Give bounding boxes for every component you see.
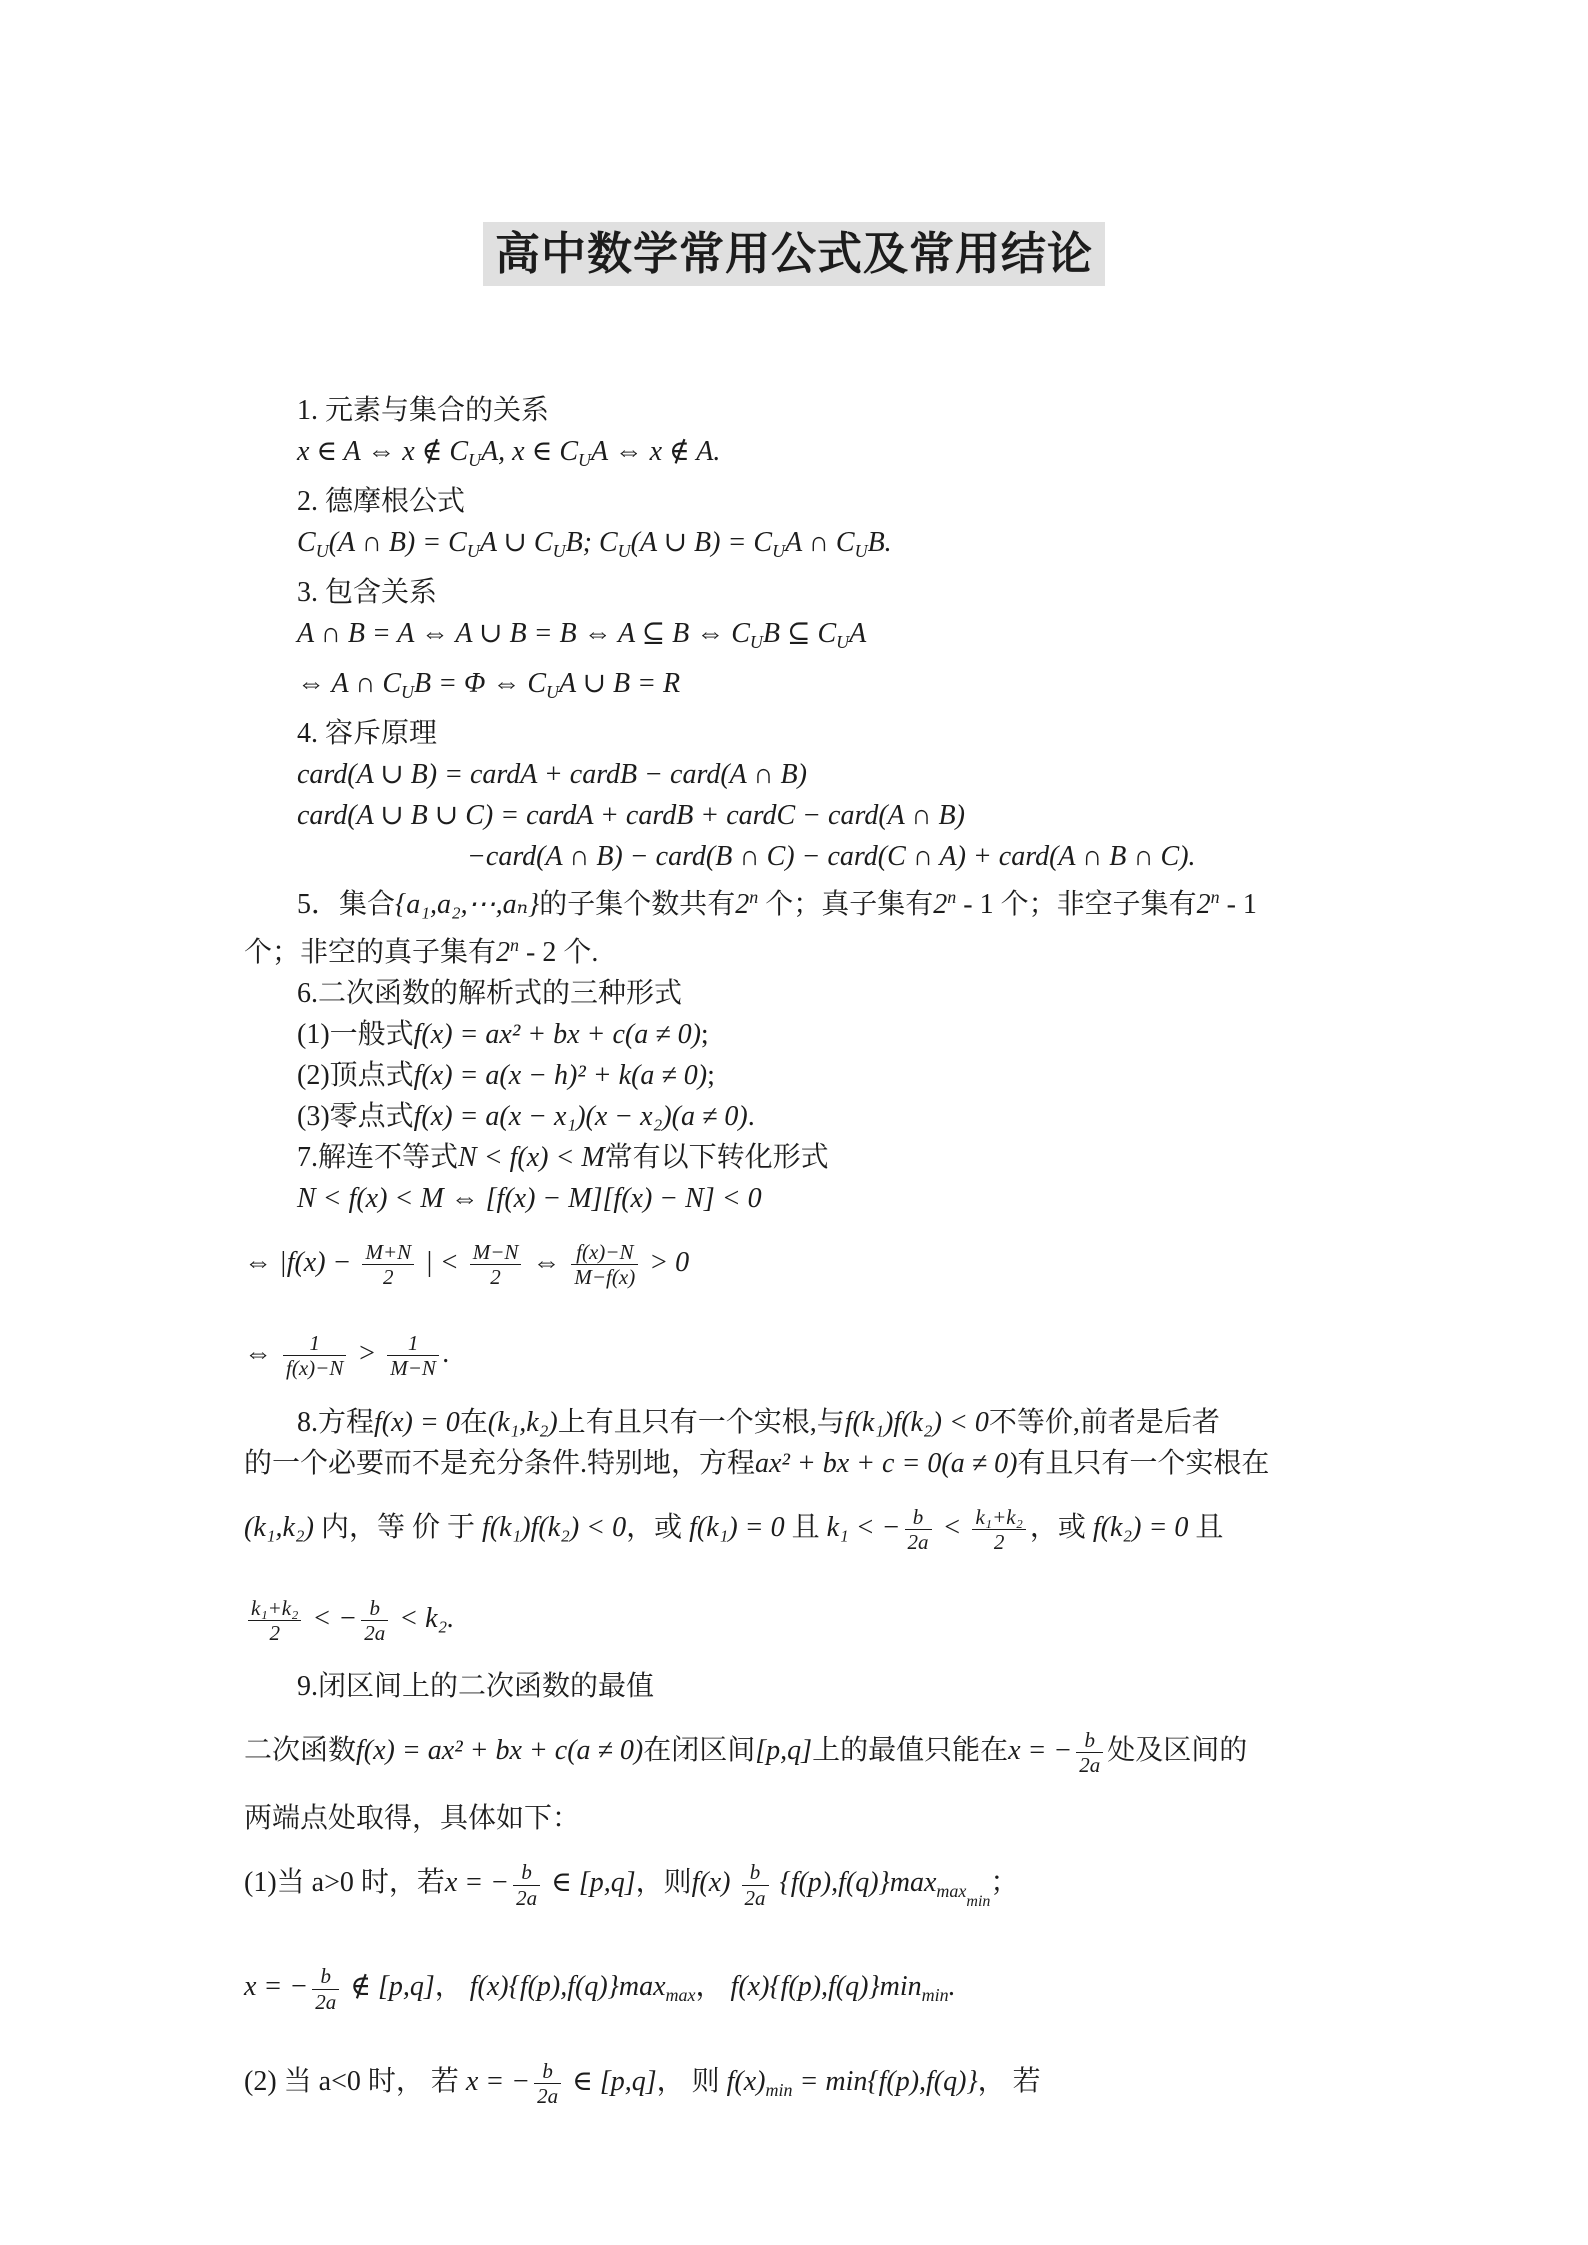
- math-text: A: [849, 618, 866, 649]
- subscript: U: [316, 541, 329, 561]
- math-text: f(k₁)f(k₂) < 0: [845, 1407, 989, 1438]
- fraction: M−N2: [470, 1240, 522, 1289]
- text: 不等价,前者是后者: [989, 1407, 1220, 1438]
- content-line: 5．集合{a₁,a₂,⋯,aₙ}的子集个数共有2n 个；真子集有2n - 1 个…: [244, 877, 1448, 925]
- content-line: 二次函数f(x) = ax² + bx + c(a ≠ 0)在闭区间[p,q]上…: [244, 1707, 1448, 1798]
- text: 1. 元素与集合的关系: [297, 395, 549, 426]
- fraction: k₁+k₂2: [972, 1505, 1025, 1554]
- content-line: ⇔ |f(x) − M+N2 | < M−N2 ⇔ f(x)−NM−f(x) >…: [244, 1219, 1448, 1310]
- content-line: (3)零点式f(x) = a(x − x₁)(x − x₂)(a ≠ 0).: [244, 1096, 1448, 1137]
- text: 两端点处取得，具体如下：: [244, 1803, 580, 1834]
- text: 且: [785, 1512, 827, 1543]
- math-text: ax² + bx + c = 0(a ≠ 0): [755, 1448, 1017, 1479]
- text: ；: [990, 1867, 1018, 1898]
- superscript: n: [510, 935, 519, 955]
- math-text: f(k₁)f(k₂) < 0: [482, 1512, 626, 1543]
- text: 6.二次函数的解析式的三种形式: [297, 978, 682, 1009]
- math-text: .: [949, 1972, 956, 2003]
- math-text: B ⊆ C: [763, 618, 836, 649]
- text: 4. 容斥原理: [297, 718, 437, 749]
- math-text: ⇔ |f(x) −: [244, 1247, 358, 1278]
- subscript: min: [766, 2080, 793, 2100]
- math-text: f(x): [692, 1867, 738, 1898]
- subscript: U: [836, 632, 849, 652]
- text: 处及区间的: [1107, 1735, 1247, 1766]
- math-text: x = −: [1008, 1735, 1072, 1766]
- math-text: ⇔: [244, 1338, 279, 1369]
- text: - 1 个；非空子集有: [956, 889, 1196, 920]
- text: 的子集个数共有: [539, 889, 735, 920]
- math-text: {a₁,a₂,⋯,aₙ}: [395, 889, 539, 920]
- content-line: 4. 容斥原理: [244, 713, 1448, 754]
- math-text: x ∈ A ⇔ x ∉ C: [297, 436, 468, 467]
- text: (2)顶点式: [297, 1060, 414, 1091]
- math-text: x = −: [445, 1867, 509, 1898]
- text: 在闭区间: [643, 1735, 755, 1766]
- fraction: b2a: [905, 1505, 932, 1554]
- math-text: N < f(x) < M ⇔ [f(x) − M][f(x) − N] < 0: [297, 1183, 762, 1214]
- fraction: f(x)−NM−f(x): [571, 1240, 638, 1289]
- fraction: b2a: [742, 1860, 769, 1909]
- content-line: 3. 包含关系: [244, 572, 1448, 613]
- text: .: [748, 1101, 755, 1132]
- text: ;: [701, 1019, 709, 1050]
- text: ， 则: [657, 2066, 727, 2097]
- math-text: 2: [1197, 889, 1211, 920]
- text: 内，等 价 于: [314, 1512, 482, 1543]
- text: ，则: [636, 1867, 692, 1898]
- content-line: (1)一般式f(x) = ax² + bx + c(a ≠ 0);: [244, 1014, 1448, 1055]
- math-text: 2: [933, 889, 947, 920]
- content-line: ⇔ 1f(x)−N > 1M−N.: [244, 1310, 1448, 1401]
- content-line: ⇔ A ∩ CUB = Φ ⇔ CUA ∪ B = R: [244, 663, 1448, 713]
- text: 在: [460, 1407, 488, 1438]
- subscript: min: [922, 1986, 949, 2006]
- math-text: <: [936, 1512, 969, 1543]
- content-line: 6.二次函数的解析式的三种形式: [244, 973, 1448, 1014]
- math-text: −card(A ∩ B) − card(B ∩ C) − card(C ∩ A)…: [467, 841, 1196, 872]
- math-text: ⇔ A ∩ C: [297, 668, 401, 699]
- math-text: = min{f(p),f(q)}: [793, 2066, 978, 2097]
- text: 上的最值只能在: [812, 1735, 1008, 1766]
- math-text: ∈ [p,q]: [544, 1867, 636, 1898]
- content-line: A ∩ B = A ⇔ A ∪ B = B ⇔ A ⊆ B ⇔ CUB ⊆ CU…: [244, 613, 1448, 663]
- math-text: A ∪ B = R: [559, 668, 680, 699]
- subscript: U: [618, 541, 631, 561]
- content-line: N < f(x) < M ⇔ [f(x) − M][f(x) − N] < 0: [244, 1178, 1448, 1219]
- math-text: [p,q]: [755, 1735, 812, 1766]
- math-text: < k₂.: [392, 1603, 454, 1634]
- math-text: ∉ [p,q]: [343, 1972, 435, 2003]
- text: ， 若: [978, 2066, 1041, 2097]
- math-text: (A ∩ B) = C: [329, 527, 467, 558]
- math-text: f(x) = a(x − h)² + k(a ≠ 0): [414, 1060, 707, 1091]
- math-text: f(x) = ax² + bx + c(a ≠ 0): [356, 1735, 643, 1766]
- text: ，: [696, 1972, 731, 2003]
- math-text: B; C: [566, 527, 618, 558]
- content-line: card(A ∪ B ∪ C) = cardA + cardB + cardC …: [244, 795, 1448, 836]
- subscript: max: [666, 1986, 696, 2006]
- subscript: U: [468, 450, 481, 470]
- superscript: n: [749, 887, 758, 907]
- math-text: f(x) = 0: [374, 1407, 460, 1438]
- math-text: < −: [305, 1603, 357, 1634]
- content-line: 8.方程f(x) = 0在(k₁,k₂)上有且只有一个实根,与f(k₁)f(k₂…: [244, 1402, 1448, 1443]
- math-text: A ∪ C: [480, 527, 553, 558]
- text: 上有且只有一个实根,与: [558, 1407, 845, 1438]
- math-text: x = −: [466, 2066, 530, 2097]
- text: ;: [707, 1060, 715, 1091]
- content-line: card(A ∪ B) = cardA + cardB − card(A ∩ B…: [244, 754, 1448, 795]
- fraction: b2a: [534, 2059, 561, 2108]
- text: 常有以下转化形式: [605, 1142, 829, 1173]
- math-text: A, x ∈ C: [481, 436, 578, 467]
- math-text: f(k₁) = 0: [689, 1512, 784, 1543]
- content-line: (k₁,k₂) 内，等 价 于 f(k₁)f(k₂) < 0，或 f(k₁) =…: [244, 1484, 1448, 1575]
- math-text: k₁ < −: [827, 1512, 901, 1543]
- text: ，: [435, 1972, 470, 2003]
- math-text: A ∩ C: [785, 527, 855, 558]
- math-text: .: [443, 1338, 450, 1369]
- fraction: 1M−N: [387, 1331, 439, 1380]
- math-text: A ∩ B = A ⇔ A ∪ B = B ⇔ A ⊆ B ⇔ C: [297, 618, 750, 649]
- math-text: f(x): [727, 2066, 766, 2097]
- math-text: f(x) = ax² + bx + c(a ≠ 0): [414, 1019, 701, 1050]
- subscript: U: [772, 541, 785, 561]
- fraction: b2a: [361, 1596, 388, 1645]
- text: (1)一般式: [297, 1019, 414, 1050]
- text: (1)当 a>0 时，若: [244, 1867, 445, 1898]
- content-line: x ∈ A ⇔ x ∉ CUA, x ∈ CUA ⇔ x ∉ A.: [244, 431, 1448, 481]
- content-line: −card(A ∩ B) − card(B ∩ C) − card(C ∩ A)…: [244, 836, 1448, 877]
- subscript: U: [750, 632, 763, 652]
- math-text: (A ∪ B) = C: [631, 527, 772, 558]
- subscript: U: [553, 541, 566, 561]
- math-text: (k₁,k₂): [244, 1512, 314, 1543]
- subscript: U: [467, 541, 480, 561]
- content-line: 两端点处取得，具体如下：: [244, 1798, 1448, 1839]
- text: (2) 当 a<0 时， 若: [244, 2066, 466, 2097]
- text: 7.解连不等式: [297, 1142, 458, 1173]
- text: 5．集合: [297, 889, 395, 920]
- content-line: 9.闭区间上的二次函数的最值: [244, 1666, 1448, 1707]
- fraction: k₁+k₂2: [248, 1596, 301, 1645]
- subscript: U: [401, 682, 414, 702]
- superscript: n: [1211, 887, 1220, 907]
- text: (3)零点式: [297, 1101, 414, 1132]
- content-line: 7.解连不等式N < f(x) < M常有以下转化形式: [244, 1137, 1448, 1178]
- content-line: 1. 元素与集合的关系: [244, 390, 1448, 431]
- content-line: 的一个必要而不是充分条件.特别地，方程ax² + bx + c = 0(a ≠ …: [244, 1443, 1448, 1484]
- math-text: x = −: [244, 1972, 308, 2003]
- fraction: 1f(x)−N: [283, 1331, 346, 1380]
- text: 的一个必要而不是充分条件.特别地，方程: [244, 1448, 755, 1479]
- superscript: n: [947, 887, 956, 907]
- content-line: CU(A ∩ B) = CUA ∪ CUB; CU(A ∪ B) = CUA ∩…: [244, 522, 1448, 572]
- math-text: 2: [496, 937, 510, 968]
- content-line: 个；非空的真子集有2n - 2 个.: [244, 925, 1448, 973]
- document-page: 高中数学常用公式及常用结论 1. 元素与集合的关系x ∈ A ⇔ x ∉ CUA…: [0, 0, 1588, 2245]
- math-text: f(x){f(p),f(q)}min: [731, 1972, 922, 2003]
- text: - 2 个.: [519, 937, 598, 968]
- math-text: card(A ∪ B ∪ C) = cardA + cardB + cardC …: [297, 800, 965, 831]
- math-text: ∈ [p,q]: [565, 2066, 657, 2097]
- math-text: {f(p),f(q)}max: [773, 1867, 937, 1898]
- page-title: 高中数学常用公式及常用结论: [483, 222, 1105, 286]
- content-line: k₁+k₂2 < −b2a < k₂.: [244, 1575, 1448, 1666]
- math-text: (k₁,k₂): [488, 1407, 558, 1438]
- text: 且: [1188, 1512, 1223, 1543]
- content-line: (2) 当 a<0 时， 若 x = −b2a ∈ [p,q]， 则 f(x)m…: [244, 2038, 1448, 2132]
- math-text: card(A ∪ B) = cardA + cardB − card(A ∩ B…: [297, 759, 807, 790]
- math-text: B = Φ ⇔ C: [414, 668, 546, 699]
- math-text: f(x){f(p),f(q)}max: [470, 1972, 666, 2003]
- text: ，或: [1030, 1512, 1093, 1543]
- text: 个；非空的真子集有: [244, 937, 496, 968]
- subscript: U: [855, 541, 868, 561]
- text: 8.方程: [297, 1407, 374, 1438]
- math-text: >: [350, 1338, 383, 1369]
- fraction: M+N2: [362, 1240, 414, 1289]
- text: 有且只有一个实根在: [1017, 1448, 1269, 1479]
- sub-subscript: min: [966, 1893, 990, 1910]
- content-line: (1)当 a>0 时，若x = −b2a ∈ [p,q]，则f(x) b2a {…: [244, 1839, 1448, 1943]
- math-text: ⇔: [525, 1247, 567, 1278]
- text: 3. 包含关系: [297, 577, 437, 608]
- subscript: max: [936, 1881, 966, 1901]
- document-content: 1. 元素与集合的关系x ∈ A ⇔ x ∉ CUA, x ∈ CUA ⇔ x …: [244, 286, 1448, 2132]
- text: ，或: [626, 1512, 689, 1543]
- content-line: 2. 德摩根公式: [244, 481, 1448, 522]
- title-section: 高中数学常用公式及常用结论: [0, 0, 1588, 286]
- math-text: f(x) = a(x − x₁)(x − x₂)(a ≠ 0): [414, 1101, 748, 1132]
- subscript: U: [578, 450, 591, 470]
- math-text: > 0: [642, 1247, 689, 1278]
- fraction: b2a: [513, 1860, 540, 1909]
- text: - 1: [1220, 889, 1257, 920]
- text: 个；真子集有: [758, 889, 933, 920]
- content-line: (2)顶点式f(x) = a(x − h)² + k(a ≠ 0);: [244, 1055, 1448, 1096]
- math-text: | <: [418, 1247, 466, 1278]
- math-text: B.: [868, 527, 892, 558]
- content-line: x = −b2a ∉ [p,q]， f(x){f(p),f(q)}maxmax，…: [244, 1943, 1448, 2037]
- text: 9.闭区间上的二次函数的最值: [297, 1671, 654, 1702]
- math-text: N < f(x) < M: [458, 1142, 605, 1173]
- math-text: C: [297, 527, 316, 558]
- text: 二次函数: [244, 1735, 356, 1766]
- math-text: A ⇔ x ∉ A.: [591, 436, 720, 467]
- fraction: b2a: [312, 1964, 339, 2013]
- text: 2. 德摩根公式: [297, 486, 465, 517]
- math-text: f(k₂) = 0: [1093, 1512, 1188, 1543]
- subscript: U: [546, 682, 559, 702]
- math-text: 2: [735, 889, 749, 920]
- fraction: b2a: [1076, 1728, 1103, 1777]
